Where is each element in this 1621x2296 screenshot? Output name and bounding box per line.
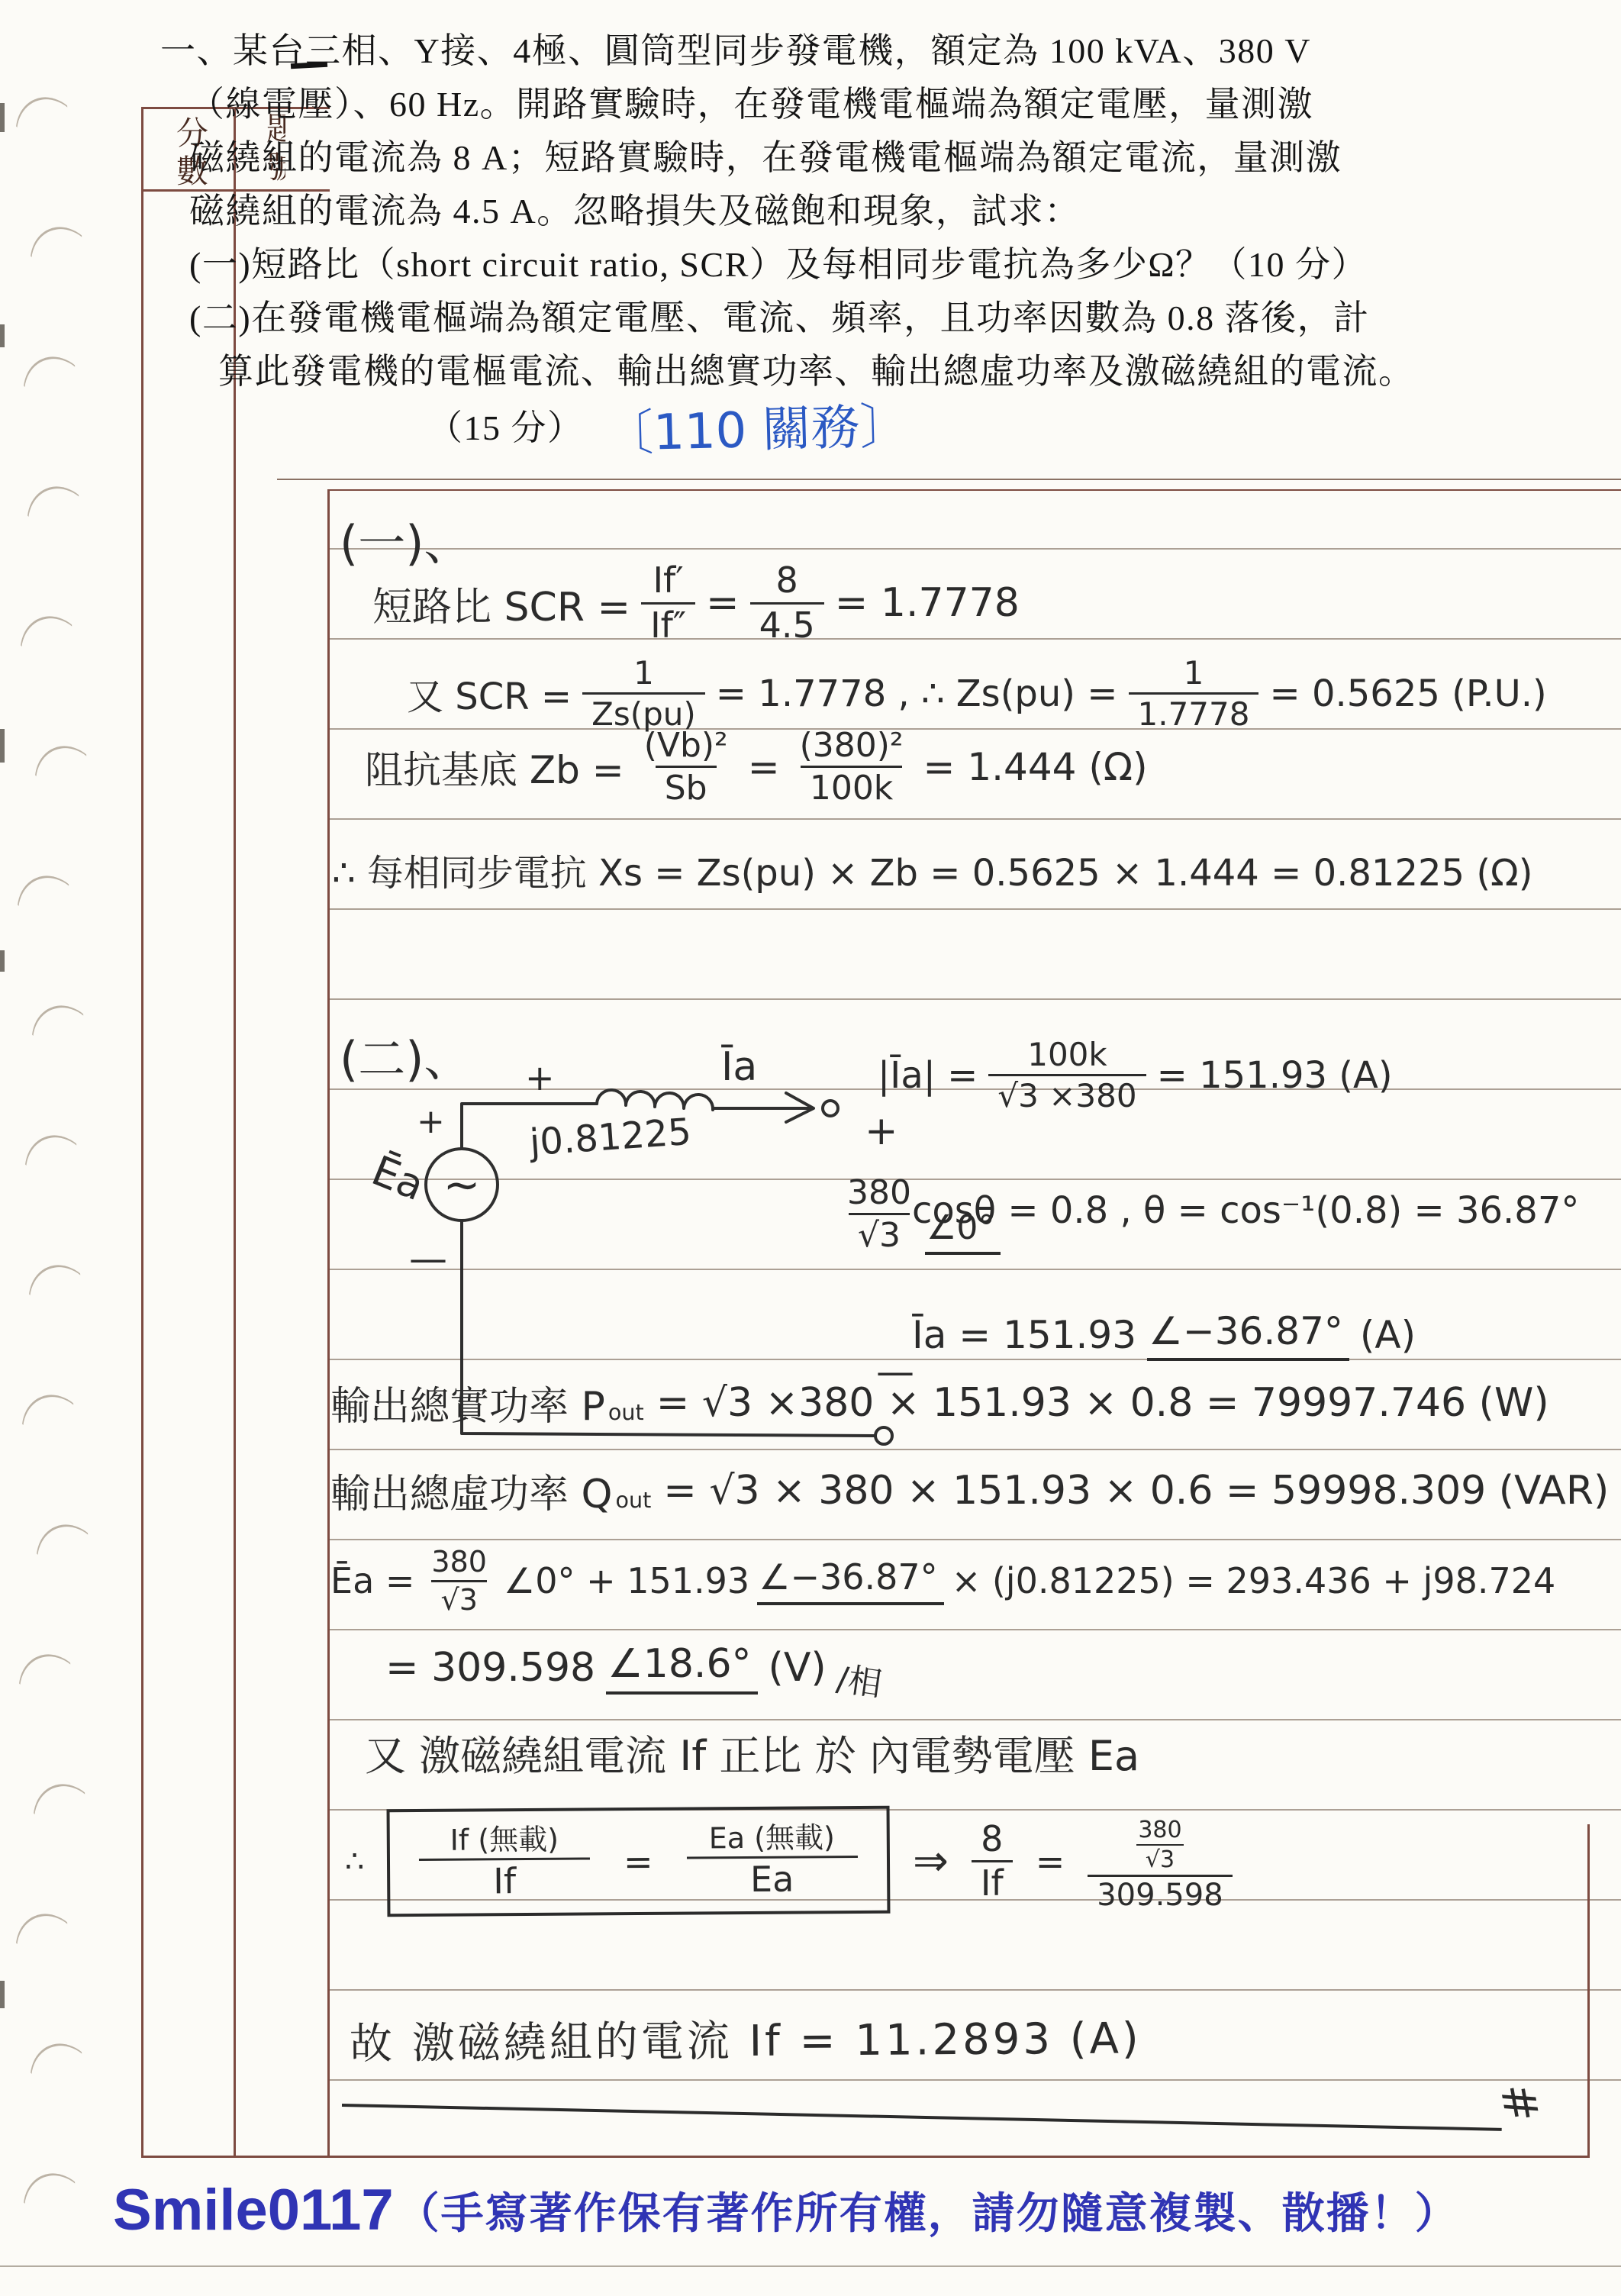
therefore-symbol: ∴ bbox=[345, 1844, 364, 1879]
phasor-unit: (A) bbox=[1360, 1313, 1416, 1357]
zbase-eq: = bbox=[748, 745, 780, 789]
scan-edge-mark bbox=[0, 324, 5, 347]
plus-sign-right: + bbox=[865, 1108, 898, 1154]
ruled-line bbox=[329, 1989, 1621, 1991]
binding-arc bbox=[11, 347, 89, 411]
terminal-voltage-fraction: 380 √3 bbox=[838, 1174, 920, 1255]
end-hash-mark: # bbox=[1489, 2079, 1548, 2127]
ruled-line bbox=[329, 1719, 1621, 1720]
copyright-notice: （手寫著作保有著作所有權，請勿隨意複製、散播！） bbox=[397, 2180, 1459, 2241]
ruled-line bbox=[329, 548, 1621, 550]
qout-eq: = √3 × 380 × 151.93 × 0.6 = 59998.309 (V… bbox=[663, 1468, 1609, 1514]
answer-area-top-inner-line bbox=[327, 489, 1621, 491]
problem-line-7: 算此發電機的電樞電流、輸出總實功率、輸出總虛功率及激磁繞組的電流。 bbox=[218, 343, 1415, 394]
source-wave-symbol: ∼ bbox=[443, 1159, 481, 1211]
pout-subscript: out bbox=[608, 1399, 644, 1425]
ruled-line bbox=[329, 818, 1621, 820]
implies-arrow: ⇒ bbox=[913, 1836, 949, 1886]
score-table-left-border bbox=[141, 107, 143, 2158]
ruled-line bbox=[329, 2079, 1621, 2081]
problem-line-8: （15 分） bbox=[427, 400, 584, 450]
hand-underline bbox=[342, 2104, 1502, 2131]
qout-subscript: out bbox=[615, 1487, 651, 1513]
scr-fraction-2: 8 4.5 bbox=[750, 561, 824, 645]
scr2-mid: = 1.7778 , ∴ Zs(pu) = bbox=[716, 672, 1118, 715]
scan-edge-mark bbox=[0, 1981, 5, 2008]
ruled-line bbox=[329, 908, 1621, 910]
upper-terminal bbox=[823, 1101, 838, 1116]
iamag-fraction: 100k √3 ×380 bbox=[988, 1037, 1146, 1114]
binding-arc bbox=[13, 1125, 91, 1189]
binding-arc bbox=[4, 87, 82, 151]
armature-current-label: Īa bbox=[721, 1044, 757, 1090]
real-power-equation: 輸出總實功率 Pout = √3 ×380 × 151.93 × 0.8 = 7… bbox=[330, 1374, 1549, 1431]
pout-label: 輸出總實功率 P bbox=[330, 1374, 605, 1431]
ea-angle: ∠−36.87° bbox=[757, 1556, 943, 1605]
ea-fraction: 380 √3 bbox=[422, 1546, 496, 1616]
ratio-eq2: = bbox=[1036, 1841, 1065, 1882]
power-factor-angle-line: cosθ = 0.8 , θ = cos⁻¹(0.8) = 36.87° bbox=[912, 1189, 1579, 1232]
binding-arc bbox=[11, 2163, 89, 2227]
iamag-pre: |Īa| = bbox=[878, 1054, 978, 1097]
problem-line-1: 一、某台三相、Y接、4極、圓筒型同步發電機，額定為 100 kVA、380 V bbox=[160, 23, 1311, 73]
binding-arc bbox=[20, 995, 98, 1059]
current-phasor-line: Īa = 151.93 ∠−36.87° (A) bbox=[912, 1309, 1416, 1361]
iamag-result: = 151.93 (A) bbox=[1157, 1054, 1393, 1097]
watermark-footer: Smile0117 （手寫著作保有著作所有權，請勿隨意複製、散播！） bbox=[113, 2177, 1459, 2243]
exam-source-annotation: 〔110 關務〕 bbox=[604, 387, 910, 465]
author-name: Smile0117 bbox=[113, 2177, 394, 2243]
binding-arc bbox=[10, 1385, 88, 1449]
final-answer-line: 故 激磁繞組的電流 If = 11.2893 (A) bbox=[350, 2004, 1142, 2071]
ratio-box: If (無載) If = Ea (無載) Ea bbox=[387, 1806, 891, 1917]
ruled-line bbox=[329, 1629, 1621, 1630]
scr-eq: = bbox=[706, 580, 740, 626]
binding-arc bbox=[23, 736, 101, 800]
ruled-line bbox=[329, 998, 1621, 1000]
problem-line-2: （線電壓）、60 Hz。開路實驗時，在發電機電樞端為額定電壓，量測激 bbox=[189, 76, 1313, 127]
nested-vt-fraction: 380 √3 bbox=[1129, 1817, 1191, 1873]
scr2-fraction-1: 1 Zs(pu) bbox=[582, 655, 705, 732]
binding-arc bbox=[5, 866, 83, 930]
pout-eq: = √3 ×380 × 151.93 × 0.8 = 79997.746 (W) bbox=[656, 1380, 1549, 1426]
impedance-base-equation: 阻抗基底 Zb = (Vb)² Sb = (380)² 100k = 1.444… bbox=[365, 727, 1148, 808]
ea2-pre: = 309.598 bbox=[385, 1645, 595, 1691]
scan-edge-mark bbox=[0, 103, 5, 132]
ratio-fraction-3: 8 If bbox=[972, 1820, 1013, 1904]
ea2-per-phase: ∕相 bbox=[834, 1651, 885, 1706]
scan-edge-mark bbox=[0, 950, 5, 972]
scr2-result: = 0.5625 (P.U.) bbox=[1269, 672, 1546, 715]
score-table-divider bbox=[234, 107, 236, 2158]
zbase-pre: 阻抗基底 Zb = bbox=[365, 740, 624, 795]
ea-mid: ∠0° + 151.93 bbox=[504, 1560, 749, 1601]
scan-edge-mark bbox=[0, 729, 5, 763]
scr-fraction-1: If′ If″ bbox=[641, 561, 695, 645]
ea-post: × (j0.81225) = 293.436 + j98.724 bbox=[952, 1560, 1556, 1601]
binding-arc bbox=[17, 1255, 95, 1319]
zbase-fraction-1: (Vb)² Sb bbox=[635, 727, 737, 808]
problem-line-4: 磁繞組的電流為 4.5 A。忽略損失及磁飽和現象，試求： bbox=[189, 183, 1081, 234]
ratio-fraction-4-nested: 380 √3 bbox=[1120, 1811, 1200, 1875]
scr-pre: 短路比 SCR = bbox=[372, 575, 630, 632]
current-magnitude-equation: |Īa| = 100k √3 ×380 = 151.93 (A) bbox=[878, 1037, 1393, 1114]
emf-result-line: = 309.598 ∠18.6° (V) ∕相 bbox=[385, 1641, 882, 1695]
inductor-coil bbox=[597, 1090, 713, 1110]
binding-arc bbox=[18, 217, 96, 281]
ea-pre: Ēa = bbox=[330, 1560, 414, 1601]
minus-sign-left: — bbox=[409, 1237, 447, 1281]
zbase-result: = 1.444 (Ω) bbox=[923, 745, 1148, 789]
zbase-fraction-2: (380)² 100k bbox=[791, 727, 913, 808]
scr-equation: 短路比 SCR = If′ If″ = 8 4.5 = 1.7778 bbox=[372, 561, 1020, 645]
proportionality-line: 又 激磁繞組電流 If 正比 於 內電勢電壓 Ea bbox=[365, 1724, 1139, 1782]
plus-sign-left: + bbox=[417, 1102, 445, 1141]
binding-arc bbox=[8, 606, 86, 670]
phasor-angle: ∠−36.87° bbox=[1147, 1309, 1349, 1361]
field-current-ratio-row: ∴ If (無載) If = Ea (無載) Ea ⇒ 8 If = 380 √… bbox=[345, 1807, 1233, 1915]
binding-arc bbox=[21, 1774, 99, 1838]
binding-arc bbox=[4, 1904, 82, 1968]
ratio-eq: = bbox=[624, 1840, 653, 1882]
ratio-fraction-1: If (無載) If bbox=[419, 1823, 591, 1901]
answer-area-top-outer-line bbox=[277, 479, 1621, 480]
binding-arc bbox=[7, 1644, 85, 1708]
binding-arc bbox=[18, 2033, 96, 2098]
emf-equation: Ēa = 380 √3 ∠0° + 151.93 ∠−36.87° × (j0.… bbox=[330, 1546, 1555, 1616]
phasor-pre: Īa = 151.93 bbox=[912, 1313, 1136, 1357]
problem-line-6: (二)在發電機電樞端為額定電壓、電流、頻率，且功率因數為 0.8 落後，計 bbox=[189, 290, 1370, 340]
problem-line-3: 磁繞組的電流為 8 A；短路實驗時，在發電機電樞端為額定電流，量測激 bbox=[189, 130, 1342, 180]
binding-arc bbox=[24, 1514, 102, 1578]
reactive-power-equation: 輸出總虛功率 Qout = √3 × 380 × 151.93 × 0.6 = … bbox=[330, 1462, 1609, 1519]
binding-arc bbox=[15, 476, 93, 540]
answer-area-bottom-border bbox=[141, 2156, 1590, 2158]
synchronous-reactance-line: ∴ 每相同步電抗 Xs = Zs(pu) × Zb = 0.5625 × 1.4… bbox=[332, 843, 1532, 896]
problem-line-5: (一)短路比（short circuit ratio, SCR）及每相同步電抗為… bbox=[189, 237, 1368, 287]
qout-label: 輸出總虛功率 Q bbox=[330, 1462, 612, 1519]
scr2-pre: 又 SCR = bbox=[407, 667, 572, 720]
page-edge-line bbox=[0, 2265, 1621, 2267]
ratio-fraction-2: Ea (無載) Ea bbox=[687, 1821, 859, 1900]
ea2-unit: (V) bbox=[769, 1645, 827, 1691]
answer-area-right-border bbox=[1587, 1824, 1590, 2158]
scr-pu-equation: 又 SCR = 1 Zs(pu) = 1.7778 , ∴ Zs(pu) = 1… bbox=[407, 655, 1547, 732]
ea2-angle: ∠18.6° bbox=[606, 1641, 757, 1695]
scr-result: = 1.7778 bbox=[835, 580, 1020, 626]
ratio-fraction-4: 380 √3 309.598 bbox=[1088, 1811, 1232, 1913]
plus-sign-top: + bbox=[525, 1057, 555, 1098]
ruled-line bbox=[329, 1539, 1621, 1540]
scr2-fraction-2: 1 1.7778 bbox=[1129, 655, 1259, 732]
